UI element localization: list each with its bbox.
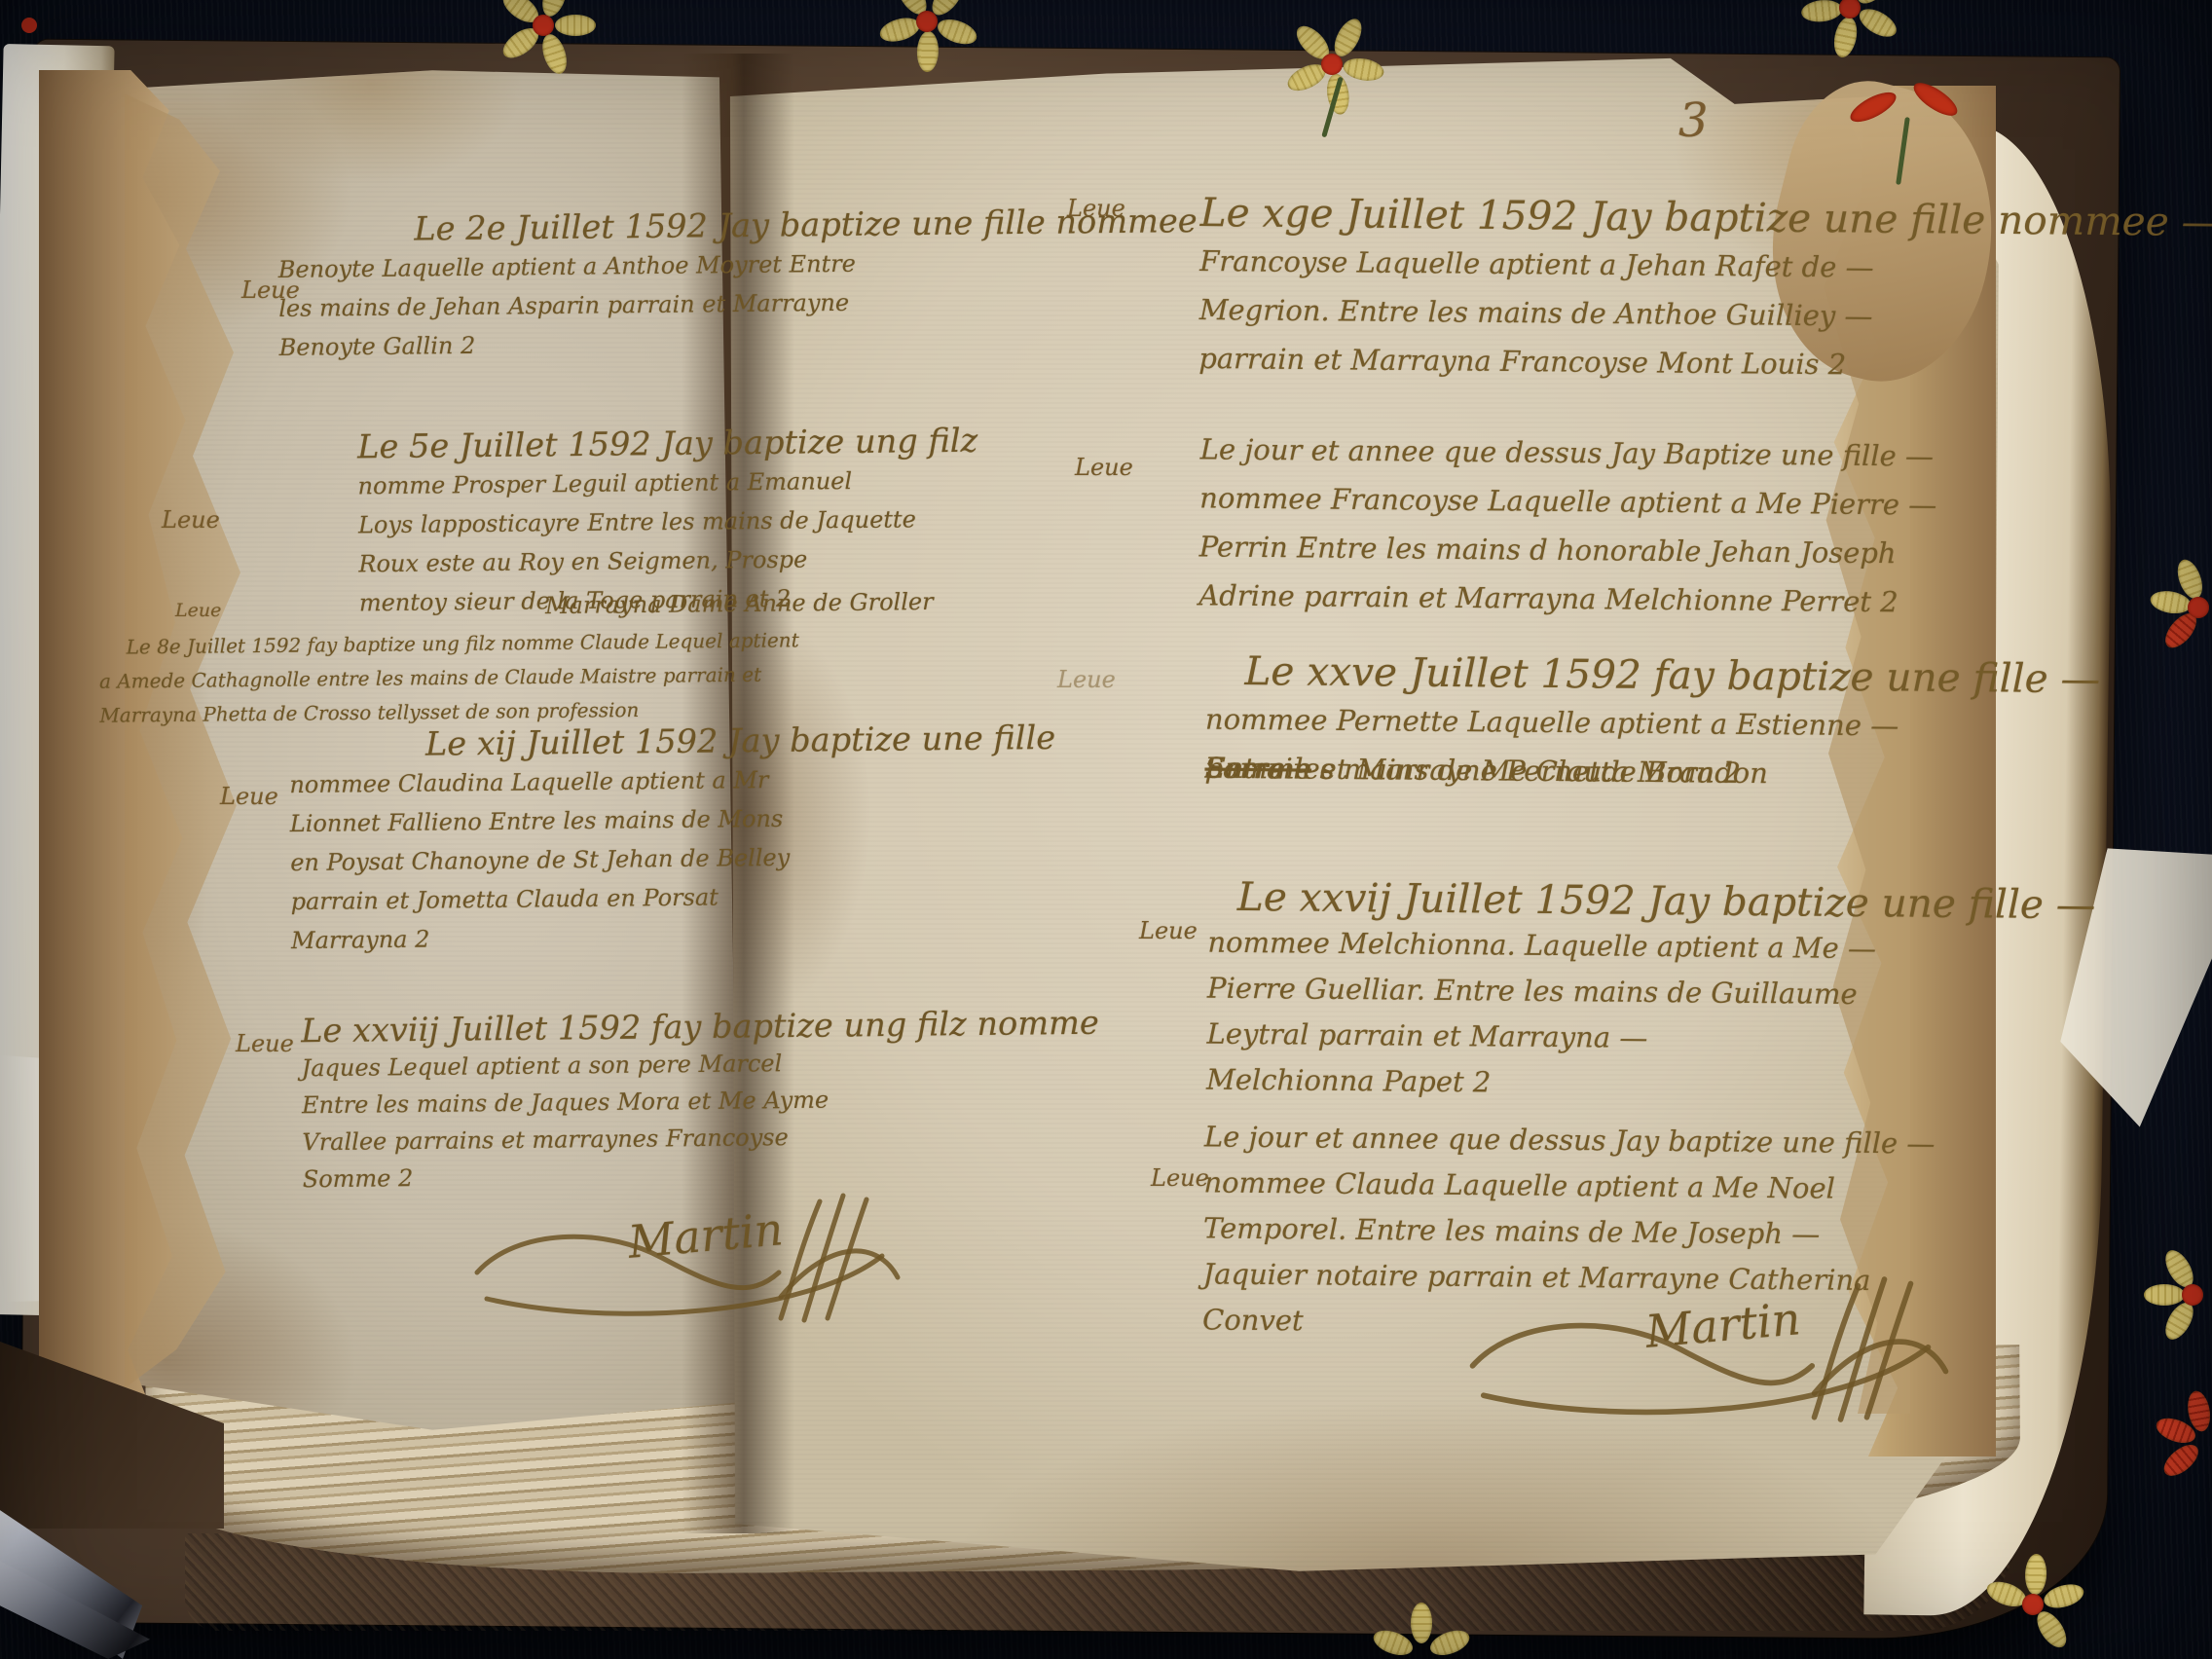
petal (1411, 1603, 1432, 1643)
petal (1855, 3, 1900, 42)
flower-center (2022, 1594, 2044, 1615)
margin-note: Leue (175, 600, 221, 621)
flower-center (916, 11, 938, 32)
entry-line: Marrayna Dame Anne de Groller (545, 582, 934, 625)
baptism-entry: Le xxve Juillet 1592 fay baptize une fil… (1204, 646, 2100, 801)
baptism-entry: Le 2e Juillet 1592 Jay baptize une fille… (277, 202, 1198, 367)
entry-line-overflow: Marrayna Dame Anne de Groller (545, 582, 934, 625)
entry-line: nommee Pernette Laquelle aptient a Estie… (1205, 695, 2100, 753)
flower-center (1321, 54, 1343, 75)
flower-center (1839, 0, 1861, 18)
petal (2158, 1439, 2203, 1482)
entry-line: Loys lapposticayre Entre les mains de Ja… (358, 499, 978, 545)
margin-note: Leue (1057, 666, 1116, 693)
entry-line: Temporel. Entre les mains de Me Joseph — (1203, 1205, 1935, 1258)
petal (1830, 15, 1860, 59)
baptism-entry: Le xxviij Juillet 1592 fay baptize ung f… (301, 1005, 1101, 1198)
margin-note: Leue (236, 1030, 294, 1057)
margin-note: Leue (1151, 1164, 1209, 1192)
margin-note: Leue (1075, 454, 1133, 481)
entry-line: parrain et Marrayne Pernetta Mora 2 (1204, 744, 2099, 801)
entry-line: Le jour et annee que dessus Jay baptize … (1204, 1114, 1935, 1166)
baptism-entry-interlinear: Le 8e Juillet 1592 fay baptize ung filz … (98, 623, 799, 733)
entry-line: Le xxve Juillet 1592 fay baptize une fil… (1244, 646, 2100, 703)
entry-line: Melchionna Papet 2 (1206, 1057, 2094, 1112)
priest-signature: Martin (458, 1180, 925, 1346)
page-number: 3 (1678, 93, 1709, 148)
entry-line: Adrine parrain et Marrayna Melchionne Pe… (1198, 571, 1935, 626)
entry-line: nommee Clauda Laquelle aptient a Me Noel (1203, 1160, 1935, 1212)
entry-line: Le xxvij Juillet 1592 Jay baptize une fi… (1237, 874, 2096, 928)
entry-line: Le xij Juillet 1592 Jay baptize une fill… (425, 719, 1056, 764)
baptism-entry: Le jour et annee que dessus Jay Baptize … (1198, 424, 1937, 626)
flower-center (533, 15, 554, 36)
margin-note: Leue (162, 506, 220, 534)
baptism-entry: Le xge Juillet 1592 Jay baptize une fill… (1198, 188, 2212, 392)
entry-line: nommee Francoyse Laquelle aptient a Me P… (1199, 473, 1936, 529)
priest-signature: Martin (1441, 1262, 1986, 1437)
petal (935, 15, 980, 49)
entry-line: Marrayna 2 (291, 913, 1058, 960)
flower-center (2182, 1284, 2203, 1306)
petal (555, 15, 596, 36)
manuscript-photo: 3 Leue Leue Leue Leue Leue Le 2e Juillet… (0, 0, 2212, 1659)
embroidered-red-dot (21, 18, 37, 33)
margin-note: Leue (1067, 195, 1125, 222)
entry-line: nomme Prosper Leguil aptient a Emanuel (357, 461, 977, 506)
entry-line: Perrin Entre les mains d honorable Jehan… (1199, 522, 1936, 577)
entry-line: Roux este au Roy en Seigmen, Prospe (358, 538, 978, 584)
entry-line: Le 5e Juillet 1592 Jay baptize ung filz (357, 422, 977, 467)
petal (2144, 1284, 2185, 1306)
margin-note: Leue (1139, 917, 1198, 944)
margin-note: Leue (220, 783, 278, 810)
baptism-entry: Le xij Juillet 1592 Jay baptize une fill… (289, 719, 1058, 960)
entry-line: Le jour et annee que dessus Jay Baptize … (1199, 424, 1936, 480)
entry-line: parrain et Marrayna Francoyse Mont Louis… (1198, 334, 2212, 392)
baptism-entry: Le xxvij Juillet 1592 Jay baptize une fi… (1206, 874, 2096, 1112)
flower-center (2188, 597, 2209, 618)
petal (1800, 0, 1843, 23)
